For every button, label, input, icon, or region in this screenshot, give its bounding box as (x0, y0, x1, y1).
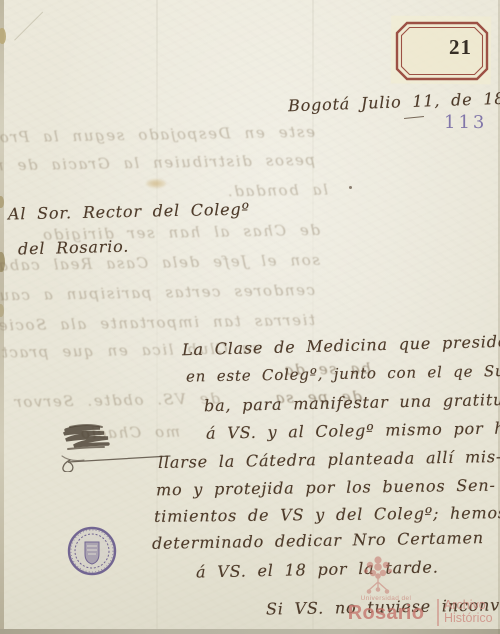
body-line: llarse la Cátedra planteada allí mis- (158, 447, 500, 472)
archive-watermark: Universidad del Rosario Archivo Históric… (338, 550, 500, 632)
date-underline-flourish (404, 116, 424, 119)
letter-page: este en Despojado segun la Providencia p… (0, 0, 500, 634)
body-line: La Clase de Medicina que presido (182, 332, 500, 360)
bleedthrough-line: este en Despojado segun la Providencia (0, 123, 315, 147)
paper-stain (146, 179, 166, 188)
watermark-institution-small: Universidad del (344, 595, 428, 602)
archive-number-stamp-frame (395, 21, 489, 81)
bleedthrough-line: tierras tan importante ala Sociedad (0, 311, 315, 335)
watermark-institution: Rosario (340, 602, 432, 625)
body-line: timientos de VS y del Colegº; hemos (154, 503, 500, 526)
bleedthrough-line: cendores certas parisipun a causa (0, 281, 315, 305)
watermark-divider (437, 599, 439, 626)
watermark-division-1: Archivo (444, 598, 486, 612)
ink-speck (349, 186, 352, 189)
bleedthrough-line: la bondad. (168, 181, 328, 202)
corner-crease (0, 0, 43, 41)
archive-number: 21 (449, 35, 472, 60)
rosette-icon (354, 552, 402, 596)
folio-number: 113 (444, 112, 487, 133)
body-line: á VS. y al Colegº mismo por ha- (206, 418, 500, 443)
address-line-2: del Rosario. (18, 237, 130, 259)
archive-ink-seal (64, 523, 120, 579)
bleedthrough-line: pesos distribuien la Gracia de mi (0, 151, 315, 175)
watermark-division-2: Histórico (444, 611, 493, 625)
address-line-1: Al Sor. Rector del Colegº (8, 199, 250, 223)
bleedthrough-line: de VS. obdte. Servor (0, 390, 220, 413)
body-line: mo y protejida por los buenos Sen- (156, 476, 496, 500)
